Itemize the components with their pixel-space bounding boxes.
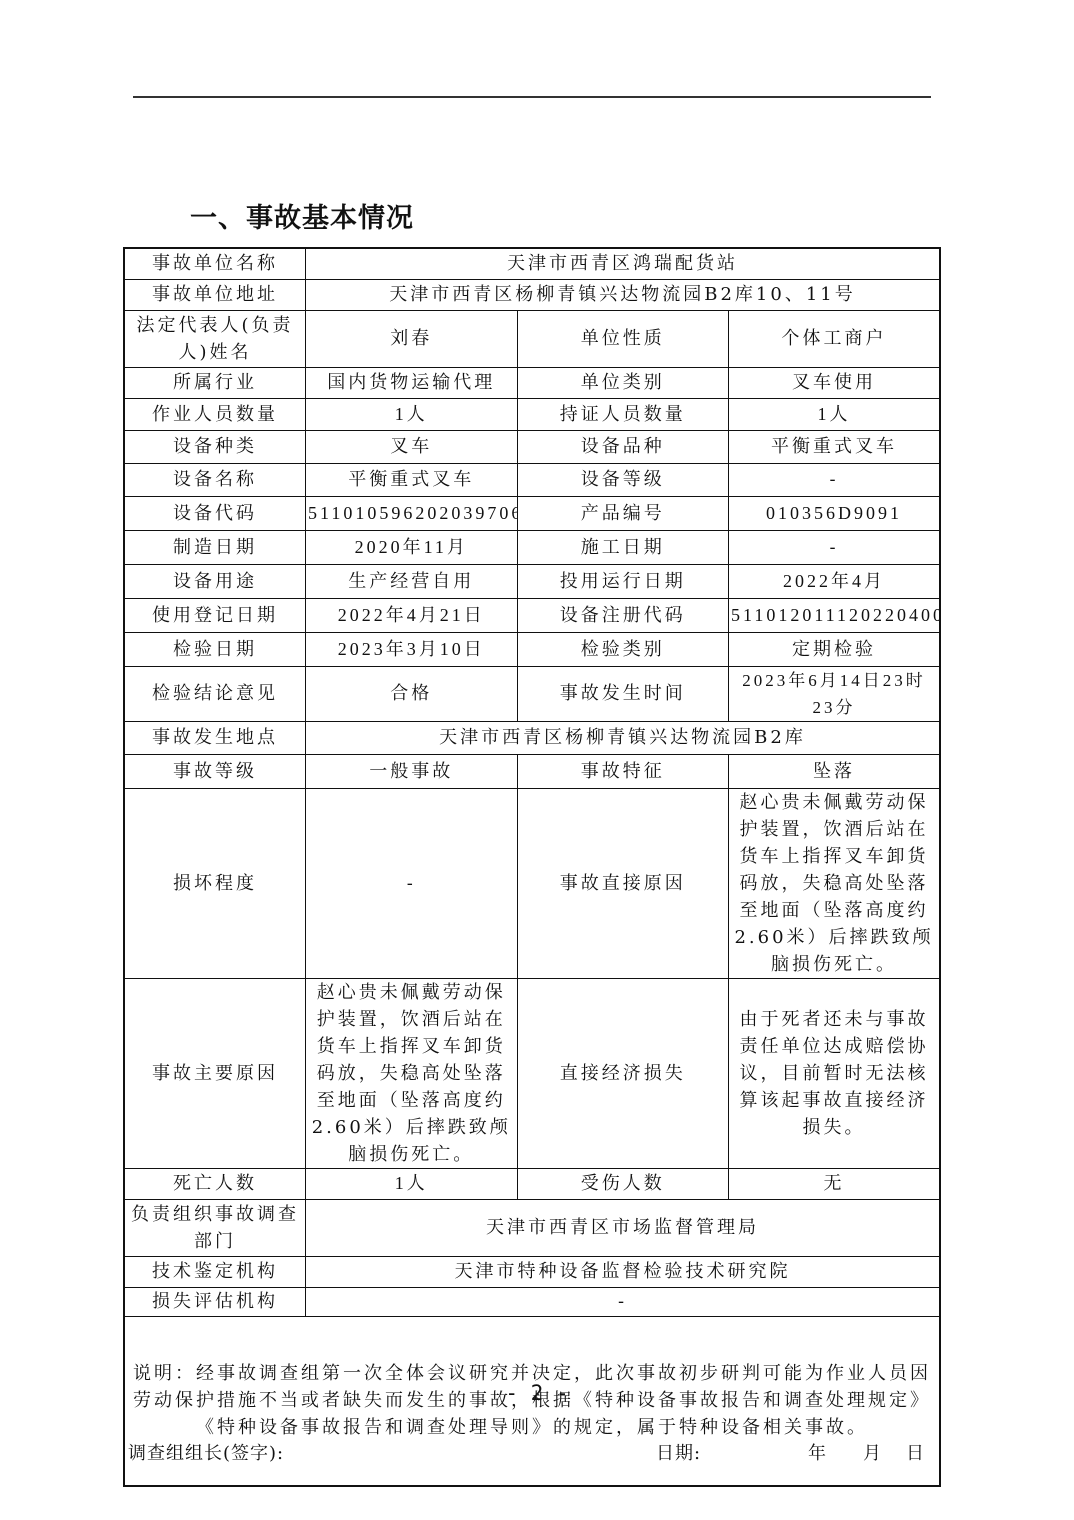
table-row: 事故单位地址 天津市西青区杨柳青镇兴达物流园B2库10、11号 [124,279,940,310]
label-cell: 死亡人数 [124,1168,306,1199]
month-label: 月 [863,1440,882,1467]
day-label: 日 [906,1440,925,1467]
table-row: 制造日期 2020年11月 施工日期 - [124,530,940,564]
label-cell: 事故单位地址 [124,279,306,310]
value-cell: 2022年4月 [729,564,941,598]
label-cell: 设备名称 [124,463,306,496]
leader-signature-label: 调查组组长(签字): [128,1440,284,1467]
table-row: 事故等级 一般事故 事故特征 坠落 [124,754,940,788]
value-cell: 2020年11月 [306,530,518,564]
label-cell: 持证人员数量 [517,398,729,430]
value-cell: 叉车 [306,430,518,463]
label-cell: 设备注册代码 [517,598,729,632]
label-cell: 负责组织事故调查部门 [124,1199,306,1256]
value-cell: 1人 [306,398,518,430]
value-cell: 赵心贵未佩戴劳动保护装置，饮酒后站在货车上指挥叉车卸货码放，失稳高处坠落至地面（… [729,788,941,978]
label-cell: 事故直接原因 [517,788,729,978]
label-cell: 设备等级 [517,463,729,496]
label-cell: 施工日期 [517,530,729,564]
value-cell: 1人 [729,398,941,430]
label-cell: 事故主要原因 [124,978,306,1168]
value-cell: 无 [729,1168,941,1199]
label-cell: 制造日期 [124,530,306,564]
label-cell: 直接经济损失 [517,978,729,1168]
value-cell: - [729,463,941,496]
table-row: 检验结论意见 合格 事故发生时间 2023年6月14日23时23分 [124,666,940,721]
value-cell: 国内货物运输代理 [306,367,518,398]
value-cell: 个体工商户 [729,310,941,367]
value-cell: 叉车使用 [729,367,941,398]
table-row: 技术鉴定机构 天津市特种设备监督检验技术研究院 [124,1256,940,1287]
value-cell: 天津市特种设备监督检验技术研究院 [306,1256,941,1287]
label-cell: 设备种类 [124,430,306,463]
label-cell: 检验类别 [517,632,729,666]
table-row: 所属行业 国内货物运输代理 单位类别 叉车使用 [124,367,940,398]
table-row: 事故主要原因 赵心贵未佩戴劳动保护装置，饮酒后站在货车上指挥叉车卸货码放，失稳高… [124,978,940,1168]
value-cell: 2023年3月10日 [306,632,518,666]
table-row: 事故单位名称 天津市西青区鸿瑞配货站 [124,248,940,279]
value-cell: 天津市西青区杨柳青镇兴达物流园B2库 [306,721,941,754]
label-cell: 设备代码 [124,496,306,530]
table-row: 损失评估机构 - [124,1287,940,1316]
value-cell: 2023年6月14日23时23分 [729,666,941,721]
table-row: 损坏程度 - 事故直接原因 赵心贵未佩戴劳动保护装置，饮酒后站在货车上指挥叉车卸… [124,788,940,978]
table-row: 检验日期 2023年3月10日 检验类别 定期检验 [124,632,940,666]
label-cell: 损失评估机构 [124,1287,306,1316]
table-row: 使用登记日期 2022年4月21日 设备注册代码 511012011120220… [124,598,940,632]
value-cell: 定期检验 [729,632,941,666]
label-cell: 作业人员数量 [124,398,306,430]
accident-info-table: 事故单位名称 天津市西青区鸿瑞配货站 事故单位地址 天津市西青区杨柳青镇兴达物流… [123,247,941,1487]
label-cell: 事故发生时间 [517,666,729,721]
label-cell: 投用运行日期 [517,564,729,598]
label-cell: 设备品种 [517,430,729,463]
value-cell: 010356D9091 [729,496,941,530]
value-cell: 天津市西青区市场监督管理局 [306,1199,941,1256]
page-number: - 2 - [0,1381,1074,1405]
label-cell: 事故等级 [124,754,306,788]
year-label: 年 [808,1440,827,1467]
table-row: 负责组织事故调查部门 天津市西青区市场监督管理局 [124,1199,940,1256]
table-row: 法定代表人(负责人)姓名 刘春 单位性质 个体工商户 [124,310,940,367]
table-row: 设备用途 生产经营自用 投用运行日期 2022年4月 [124,564,940,598]
table-row: 事故发生地点 天津市西青区杨柳青镇兴达物流园B2库 [124,721,940,754]
value-cell: 平衡重式叉车 [306,463,518,496]
value-cell: 天津市西青区鸿瑞配货站 [306,248,941,279]
value-cell: 坠落 [729,754,941,788]
label-cell: 使用登记日期 [124,598,306,632]
label-cell: 法定代表人(负责人)姓名 [124,310,306,367]
value-cell: 1人 [306,1168,518,1199]
value-cell: 天津市西青区杨柳青镇兴达物流园B2库10、11号 [306,279,941,310]
label-cell: 技术鉴定机构 [124,1256,306,1287]
value-cell: 生产经营自用 [306,564,518,598]
date-label: 日期: [656,1440,701,1467]
label-cell: 检验日期 [124,632,306,666]
value-cell: - [306,1287,941,1316]
label-cell: 设备用途 [124,564,306,598]
value-cell: 平衡重式叉车 [729,430,941,463]
label-cell: 受伤人数 [517,1168,729,1199]
value-cell: - [306,788,518,978]
value-cell: 2022年4月21日 [306,598,518,632]
table-row: 死亡人数 1人 受伤人数 无 [124,1168,940,1199]
value-cell: 一般事故 [306,754,518,788]
section-title: 一、事故基本情况 [190,196,414,235]
table-row: 设备种类 叉车 设备品种 平衡重式叉车 [124,430,940,463]
label-cell: 事故特征 [517,754,729,788]
table-row: 设备名称 平衡重式叉车 设备等级 - [124,463,940,496]
label-cell: 检验结论意见 [124,666,306,721]
label-cell: 单位性质 [517,310,729,367]
label-cell: 产品编号 [517,496,729,530]
value-cell: - [729,530,941,564]
label-cell: 所属行业 [124,367,306,398]
value-cell: 511010596202039706 [306,496,518,530]
label-cell: 损坏程度 [124,788,306,978]
label-cell: 单位类别 [517,367,729,398]
value-cell: 51101201112022040049 [729,598,941,632]
header-rule [133,96,931,98]
value-cell: 赵心贵未佩戴劳动保护装置，饮酒后站在货车上指挥叉车卸货码放，失稳高处坠落至地面（… [306,978,518,1168]
label-cell: 事故单位名称 [124,248,306,279]
value-cell: 刘春 [306,310,518,367]
table-row: 设备代码 511010596202039706 产品编号 010356D9091 [124,496,940,530]
table-row: 作业人员数量 1人 持证人员数量 1人 [124,398,940,430]
value-cell: 合格 [306,666,518,721]
label-cell: 事故发生地点 [124,721,306,754]
value-cell: 由于死者还未与事故责任单位达成赔偿协议，目前暂时无法核算该起事故直接经济损失。 [729,978,941,1168]
